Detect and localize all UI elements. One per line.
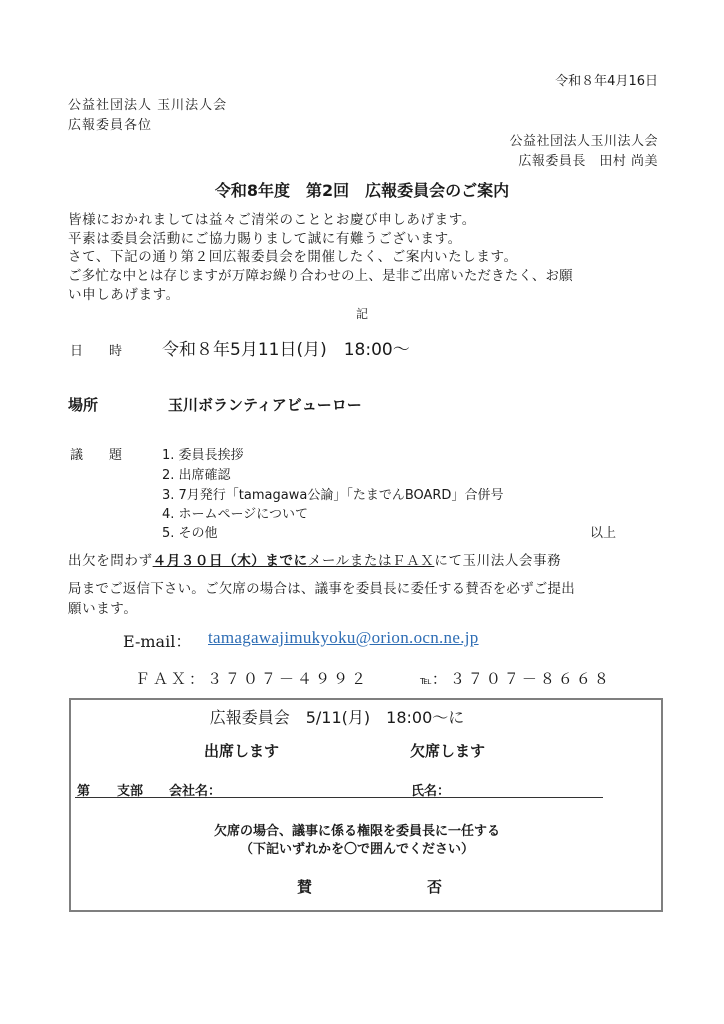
proxy-text-1: 欠席の場合、議事に係る権限を委員長に一任する <box>214 824 510 839</box>
email-label: E-mail： <box>123 629 191 652</box>
agenda-label: 議 題 <box>70 444 122 463</box>
signature-line[interactable] <box>75 797 603 798</box>
absent-option[interactable]: 欠席します <box>410 740 485 761</box>
intro-line: い申しあげます。 <box>68 283 180 303</box>
intro-line: 平素は委員会活動にご協力賜りまして誠に有難うございます。 <box>68 227 462 247</box>
sender-name: 広報委員長 田村 尚美 <box>518 150 658 169</box>
reply-method: メールまたはＦＡＸ <box>308 553 435 569</box>
tel-number: ℡：３７０７－８６６８ <box>420 668 612 689</box>
reply-suffix: にて玉川法人会事務 <box>434 553 561 569</box>
form-heading-text: 広報委員会 5/11(月) 18:00～に <box>210 708 515 727</box>
agenda-item: 4. ホームページについて <box>162 503 308 522</box>
datetime-value: 令和８年5月11日(月) 18:00～ <box>162 335 410 360</box>
ijou-marker: 以上 <box>590 522 616 541</box>
fax-number: ＦＡＸ：３７０７－４９９２ <box>135 668 369 689</box>
intro-line: 皆様におかれましては益々ご清栄のこととお慶び申しあげます。 <box>68 208 476 228</box>
reject-option[interactable]: 否 <box>427 876 442 897</box>
ki-marker: 記 <box>356 305 369 322</box>
document-date: 令和８年4月16日 <box>555 70 658 89</box>
reply-line-1: 出欠を問わず４月３０日（木）までにメールまたはＦＡＸにて玉川法人会事務 <box>68 549 561 569</box>
reply-prefix: 出欠を問わず <box>68 553 153 569</box>
tel-value: ：３７０７－８６６８ <box>432 670 612 688</box>
proxy-text-2: （下記いずれかを〇で囲んでください） <box>240 842 484 857</box>
place-label: 場所 <box>68 394 98 415</box>
place-value: 玉川ボランティアビューロー <box>168 394 362 415</box>
recipient-org: 公益社団法人 玉川法人会 <box>68 94 227 113</box>
datetime-label: 日 時 <box>70 340 122 359</box>
proxy-line-1: 欠席の場合、議事に係る権限を委員長に一任する <box>0 820 724 839</box>
agenda-item: 2. 出席確認 <box>162 464 231 483</box>
agenda-item: 5. その他 <box>162 522 218 541</box>
reply-line-3: 願います。 <box>68 597 137 617</box>
reply-deadline: ４月３０日（木）までに <box>153 553 308 569</box>
intro-line: さて、下記の通り第２回広報委員会を開催したく、ご案内いたします。 <box>68 245 518 265</box>
sender-org: 公益社団法人玉川法人会 <box>509 130 658 149</box>
intro-line: ご多忙な中とは存じますが万障お繰り合わせの上、是非ご出席いただきたく、お願 <box>68 264 573 284</box>
recipient: 広報委員各位 <box>68 114 152 133</box>
attend-option[interactable]: 出席します <box>204 740 279 761</box>
phone-icon: ℡ <box>420 674 432 687</box>
agenda-item: 1. 委員長挨拶 <box>162 444 244 463</box>
approve-option[interactable]: 賛 <box>297 876 312 897</box>
proxy-line-2: （下記いずれかを〇で囲んでください） <box>0 838 724 857</box>
reply-line-2: 局までご返信下さい。ご欠席の場合は、議事を委員長に委任する賛否を必ずご提出 <box>68 577 575 597</box>
agenda-item: 3. 7月発行「tamagawa公論」「たまでんBOARD」合併号 <box>162 484 503 503</box>
form-heading: 広報委員会 5/11(月) 18:00～に <box>0 705 724 728</box>
page-title: 令和8年度 第2回 広報委員会のご案内 <box>0 178 724 201</box>
reply-form-box <box>69 698 663 912</box>
email-link[interactable]: tamagawajimukyoku@orion.ocn.ne.jp <box>208 628 479 648</box>
